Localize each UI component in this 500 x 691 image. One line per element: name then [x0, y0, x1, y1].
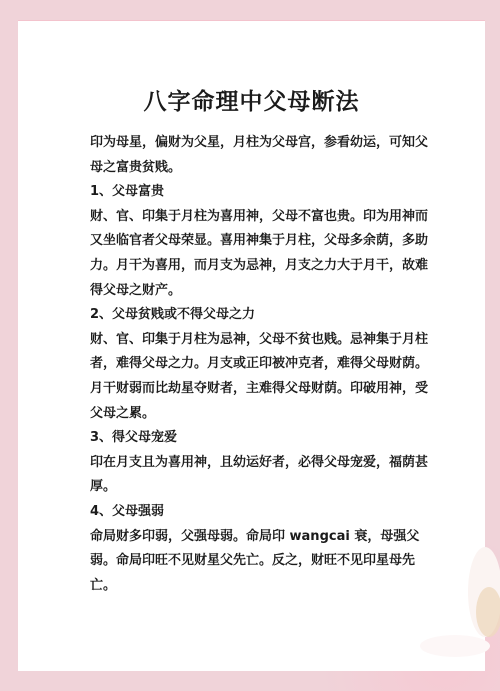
document-content: 印为母星，偏财为父星，月柱为父母宫，参看幼运，可知父母之富贵贫贱。 1、父母富贵…: [90, 131, 440, 598]
section-heading: 4、父母强弱: [90, 500, 440, 525]
section-body: 命局财多印弱，父强母弱。命局印 wangcai 衰，母强父弱。命局印旺不见财星父…: [90, 525, 440, 599]
section-body: 财、官、印集于月柱为忌神，父母不贫也贱。忌神集于月柱者，难得父母之力。月支或正印…: [90, 328, 440, 426]
section-body: 财、官、印集于月柱为喜用神，父母不富也贵。印为用神而又坐临官者父母荣显。喜用神集…: [90, 205, 440, 303]
flower-decoration-icon: [460, 537, 500, 667]
page-title: 八字命理中父母断法: [18, 83, 485, 116]
section-heading: 3、得父母宠爱: [90, 426, 440, 451]
document-page: 八字命理中父母断法 印为母星，偏财为父星，月柱为父母宫，参看幼运，可知父母之富贵…: [18, 21, 485, 671]
intro-paragraph: 印为母星，偏财为父星，月柱为父母宫，参看幼运，可知父母之富贵贫贱。: [90, 131, 440, 180]
section-heading: 2、父母贫贱或不得父母之力: [90, 303, 440, 328]
section-body: 印在月支且为喜用神，且幼运好者，必得父母宠爱，福荫甚厚。: [90, 451, 440, 500]
section-heading: 1、父母富贵: [90, 180, 440, 205]
